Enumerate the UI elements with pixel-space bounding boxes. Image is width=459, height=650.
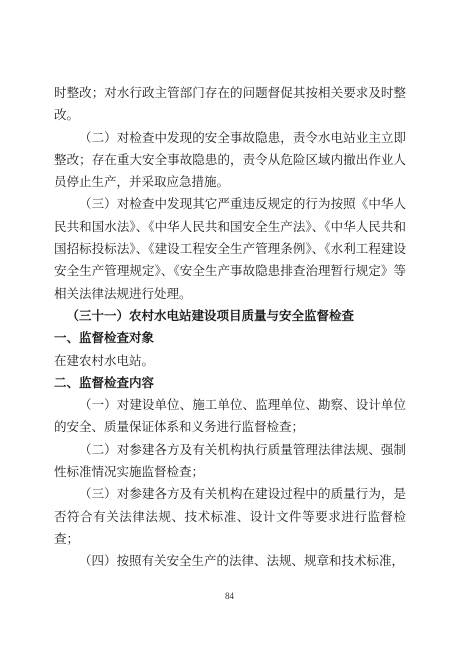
paragraph-content-item-1: （一）对建设单位、施工单位、监理单位、勘察、设计单位的安全、质量保证体系和义务进…: [54, 394, 406, 439]
paragraph-item-3: （三）对检查中发现其它严重违反规定的行为按照《中华人民共和国水法》、《中华人民共…: [54, 193, 406, 304]
subsection-heading-inspection-content: 二、监督检查内容: [54, 372, 406, 394]
page-number: 84: [0, 591, 459, 601]
paragraph-content-item-3: （三）对参建各方及有关机构在建设过程中的质量行为，是否符合有关法律法规、技术标准…: [54, 483, 406, 550]
paragraph-continuation: 时整改；对水行政主管部门存在的问题督促其按相关要求及时整改。: [54, 82, 406, 127]
paragraph-item-2: （二）对检查中发现的安全事故隐患，责令水电站业主立即整改；存在重大安全事故隐患的…: [54, 127, 406, 194]
page-body-text: 时整改；对水行政主管部门存在的问题督促其按相关要求及时整改。 （二）对检查中发现…: [54, 82, 406, 573]
paragraph-content-item-2: （二）对参建各方及有关机构执行质量管理法律法规、强制性标准情况实施监督检查；: [54, 439, 406, 484]
document-page: 时整改；对水行政主管部门存在的问题督促其按相关要求及时整改。 （二）对检查中发现…: [0, 0, 459, 650]
paragraph-inspection-target: 在建农村水电站。: [54, 350, 406, 372]
paragraph-content-item-4: （四）按照有关安全生产的法律、法规、规章和技术标准，: [54, 550, 406, 572]
subsection-heading-inspection-target: 一、监督检查对象: [54, 327, 406, 349]
section-heading-31: （三十一）农村水电站建设项目质量与安全监督检查: [54, 305, 406, 327]
